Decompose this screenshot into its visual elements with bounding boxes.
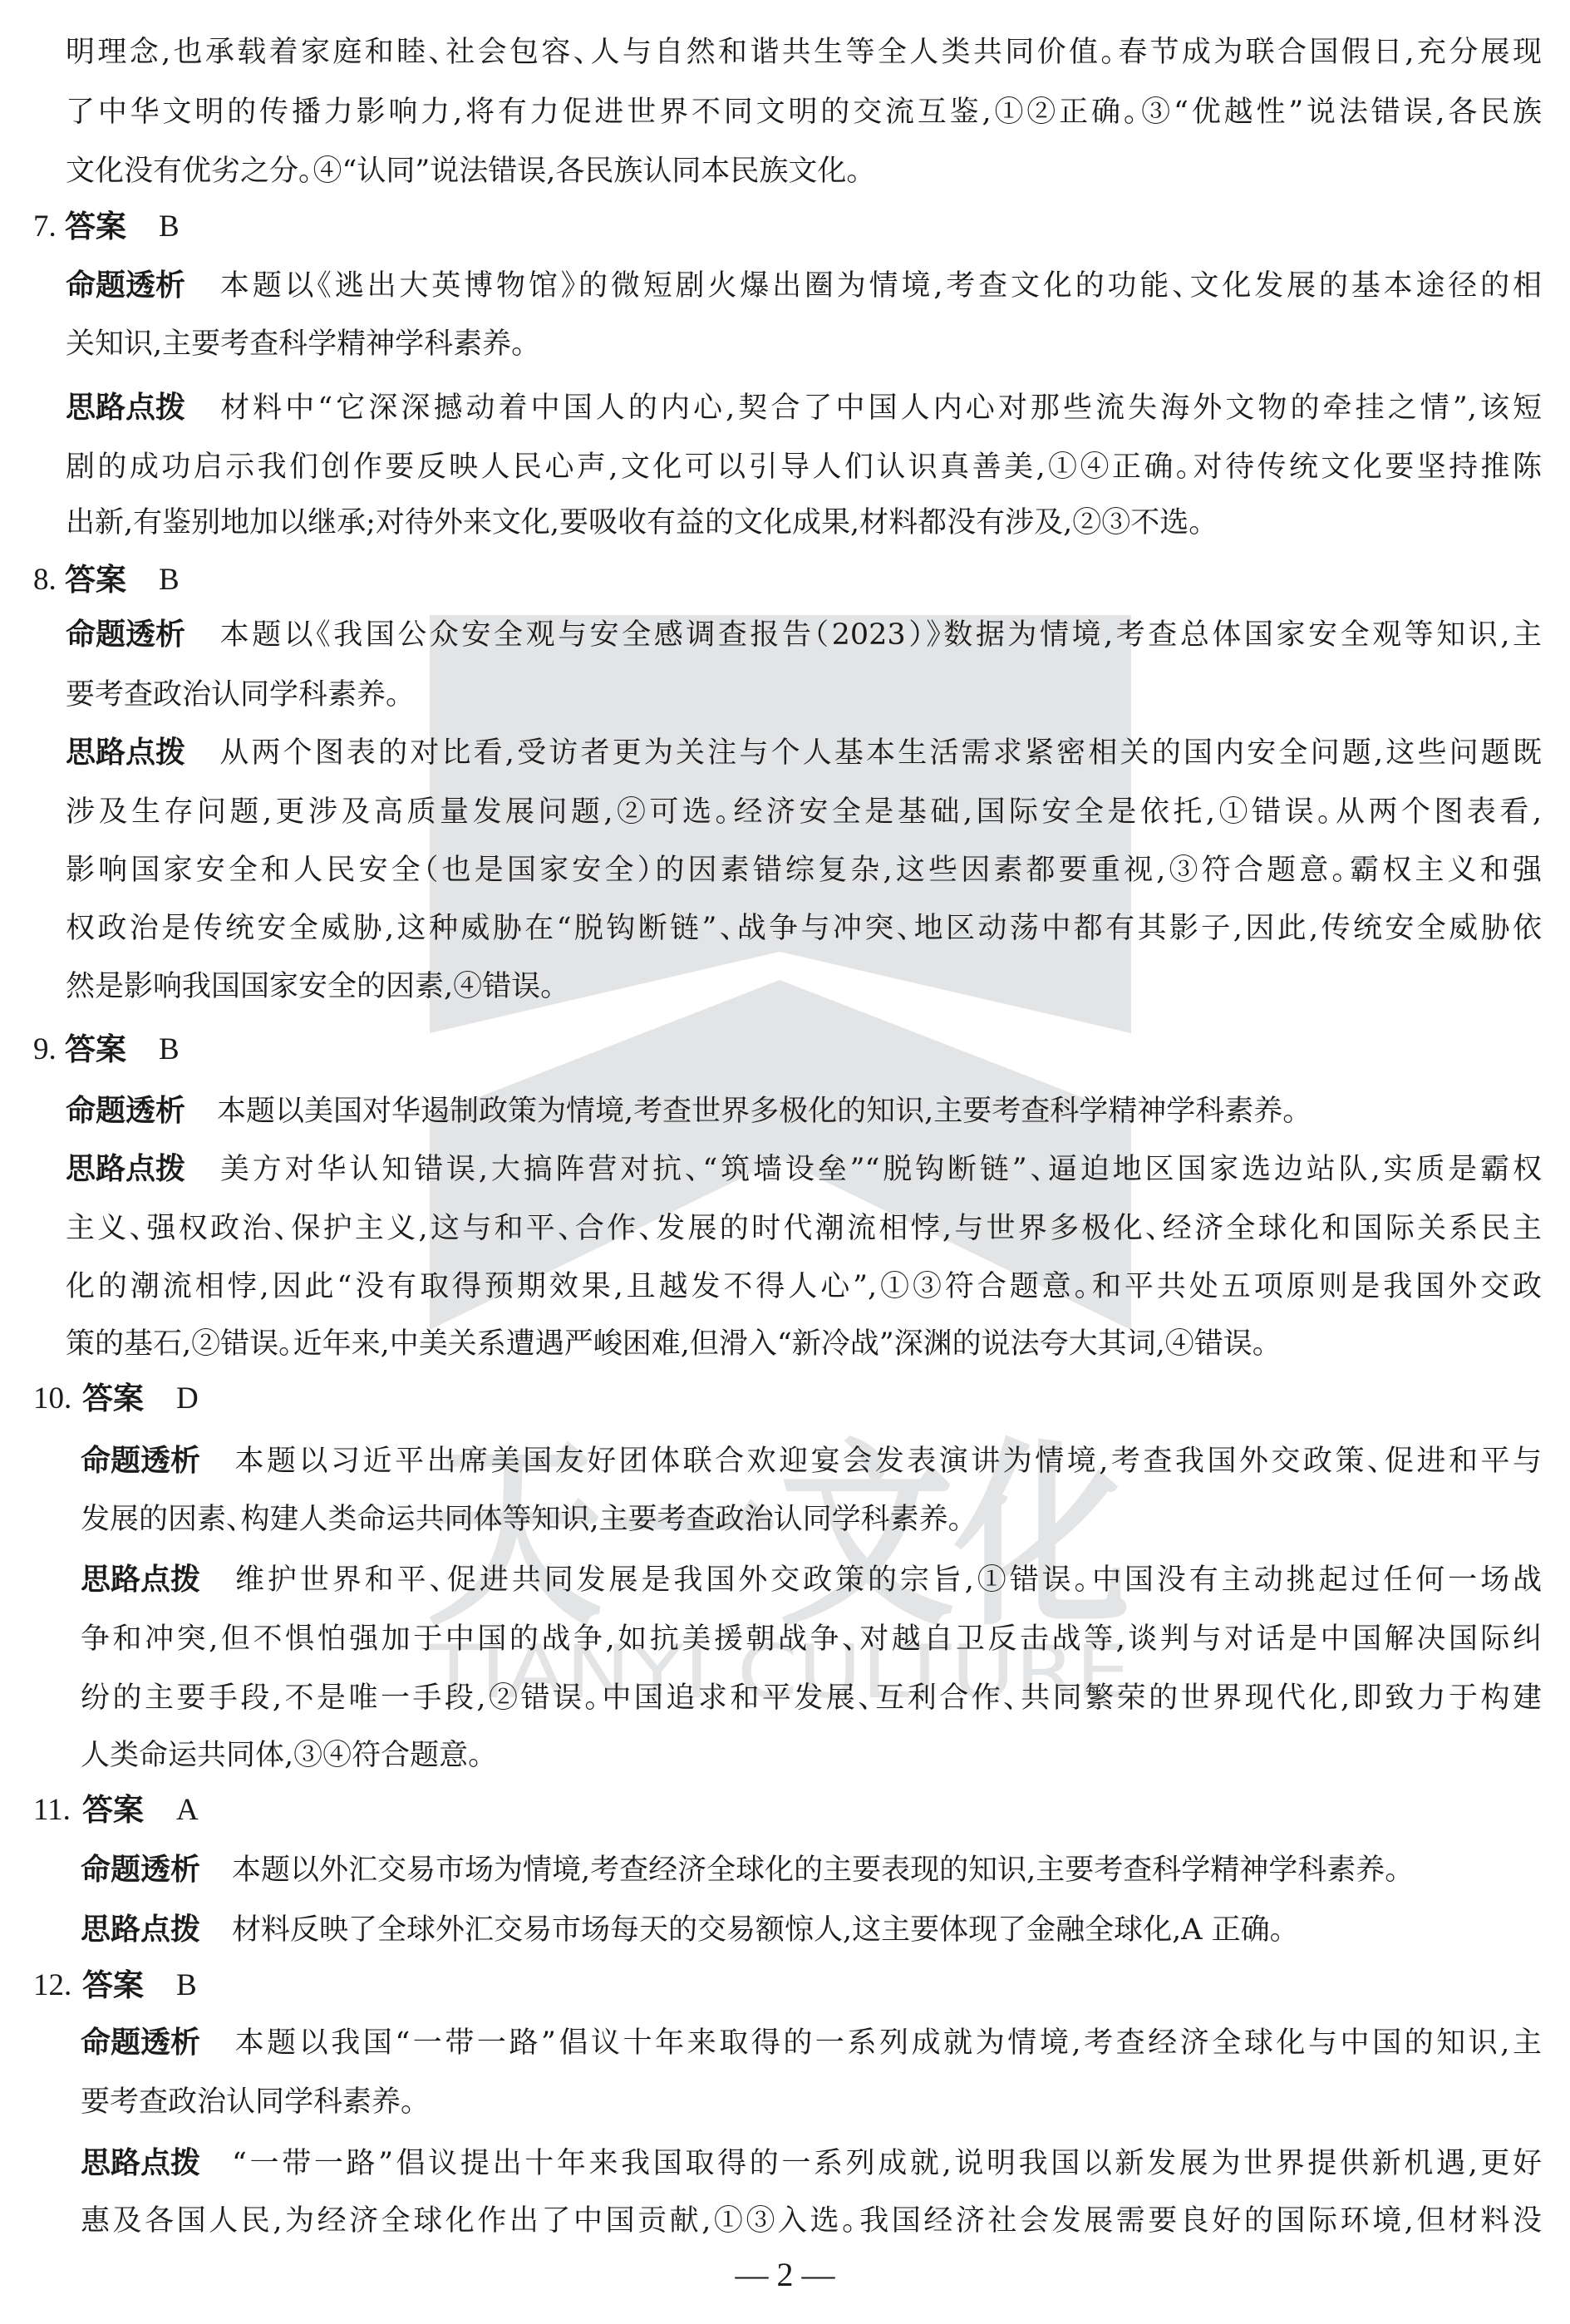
answer-value: B bbox=[159, 198, 180, 256]
analysis-text: 本题以《逃出大英博物馆》的微短剧火爆出圈为情境,考查文化的功能、文化发展的基本途… bbox=[217, 269, 1542, 303]
hint-line: 出新,有鉴别地加以继承;对待外来文化,要吸收有益的文化成果,材料都没有涉及,②③… bbox=[66, 494, 1542, 552]
analysis-label: 命题透析 bbox=[81, 2014, 200, 2072]
question-number: 7. bbox=[33, 198, 57, 256]
answer-label: 答案 bbox=[82, 1957, 144, 2015]
answer-label: 答案 bbox=[65, 1021, 126, 1079]
hint-text: 维护世界和平、促进共同发展是我国外交政策的宗旨,①错误。中国没有主动挑起过任何一… bbox=[232, 1563, 1542, 1597]
continuation-line: 了中华文明的传播力影响力,将有力促进世界不同文明的交流互鉴,①②正确。③“优越性… bbox=[66, 83, 1542, 141]
answer-label: 答案 bbox=[82, 1781, 144, 1839]
analysis-line: 关知识,主要考查科学精神学科素养。 bbox=[66, 315, 1542, 373]
document-page: 天一文化 TIANYI CULTURE 明理念,也承载着家庭和睦、社会包容、人与… bbox=[0, 0, 1570, 2324]
analysis-label: 命题透析 bbox=[66, 257, 185, 315]
answer-row: 12. 答案 B bbox=[0, 1957, 499, 2015]
hint-line: 涉及生存问题,更涉及高质量发展问题,②可选。经济安全是基础,国际安全是依托,①错… bbox=[66, 783, 1542, 841]
hint-line: 惠及各国人民,为经济全球化作出了中国贡献,①③入选。我国经济社会发展需要良好的国… bbox=[81, 2192, 1542, 2250]
analysis-text: 本题以习近平出席美国友好团体联合欢迎宴会发表演讲为情境,考查我国外交政策、促进和… bbox=[232, 1445, 1542, 1478]
analysis-label: 命题透析 bbox=[81, 1432, 200, 1490]
analysis-line: 命题透析本题以《逃出大英博物馆》的微短剧火爆出圈为情境,考查文化的功能、文化发展… bbox=[66, 257, 1542, 315]
hint-text: 美方对华认知错误,大搞阵营对抗、“筑墙设垒”“脱钩断链”、逼迫地区国家选边站队,… bbox=[217, 1153, 1542, 1186]
answer-row: 11. 答案 A bbox=[0, 1781, 499, 1839]
question-number: 8. bbox=[33, 551, 57, 609]
hint-label: 思路点拨 bbox=[81, 1901, 200, 1959]
hint-line: 人类命运共同体,③④符合题意。 bbox=[81, 1726, 1542, 1785]
hint-text: “一带一路”倡议提出十年来我国取得的一系列成就,说明我国以新发展为世界提供新机遇… bbox=[232, 2147, 1542, 2180]
question-number: 12. bbox=[33, 1957, 71, 2015]
continuation-line: 文化没有优劣之分。④“认同”说法错误,各民族认同本民族文化。 bbox=[66, 142, 1542, 200]
answer-row: 7. 答案 B bbox=[0, 198, 499, 256]
continuation-line: 明理念,也承载着家庭和睦、社会包容、人与自然和谐共生等全人类共同价值。春节成为联… bbox=[66, 23, 1542, 81]
hint-line: 争和冲突,但不惧怕强加于中国的战争,如抗美援朝战争、对越自卫反击战等,谈判与对话… bbox=[81, 1610, 1542, 1668]
answer-row: 8. 答案 B bbox=[0, 551, 499, 609]
analysis-line: 命题透析本题以美国对华遏制政策为情境,考查世界多极化的知识,主要考查科学精神学科… bbox=[66, 1082, 1542, 1140]
hint-line: 剧的成功启示我们创作要反映人民心声,文化可以引导人们认识真善美,①④正确。对待传… bbox=[66, 438, 1542, 496]
hint-line: 思路点拨“一带一路”倡议提出十年来我国取得的一系列成就,说明我国以新发展为世界提… bbox=[81, 2134, 1542, 2193]
analysis-line: 命题透析本题以习近平出席美国友好团体联合欢迎宴会发表演讲为情境,考查我国外交政策… bbox=[81, 1432, 1542, 1490]
answer-value: D bbox=[176, 1370, 199, 1428]
analysis-text: 本题以《我国公众安全观与安全感调查报告（2023）》数据为情境,考查总体国家安全… bbox=[217, 618, 1542, 652]
hint-text: 材料中“它深深撼动着中国人的内心,契合了中国人内心对那些流失海外文物的牵挂之情”… bbox=[217, 391, 1542, 425]
answer-value: A bbox=[176, 1781, 199, 1839]
answer-value: B bbox=[159, 551, 180, 609]
hint-line: 思路点拨维护世界和平、促进共同发展是我国外交政策的宗旨,①错误。中国没有主动挑起… bbox=[81, 1551, 1542, 1609]
hint-line: 策的基石,②错误。近年来,中美关系遭遇严峻困难,但滑入“新冷战”深渊的说法夸大其… bbox=[66, 1315, 1542, 1373]
hint-text: 从两个图表的对比看,受访者更为关注与个人基本生活需求紧密相关的国内安全问题,这些… bbox=[217, 736, 1542, 770]
hint-text: 材料反映了全球外汇交易市场每天的交易额惊人,这主要体现了金融全球化,A 正确。 bbox=[232, 1913, 1284, 1947]
answer-label: 答案 bbox=[65, 198, 126, 256]
hint-label: 思路点拨 bbox=[81, 1551, 200, 1609]
hint-line: 权政治是传统安全威胁,这种威胁在“脱钩断链”、战争与冲突、地区动荡中都有其影子,… bbox=[66, 899, 1542, 958]
hint-line: 然是影响我国国家安全的因素,④错误。 bbox=[66, 958, 1542, 1016]
hint-line: 思路点拨材料反映了全球外汇交易市场每天的交易额惊人,这主要体现了金融全球化,A … bbox=[81, 1901, 1542, 1959]
answer-row: 10. 答案 D bbox=[0, 1370, 499, 1428]
hint-line: 思路点拨美方对华认知错误,大搞阵营对抗、“筑墙设垒”“脱钩断链”、逼迫地区国家选… bbox=[66, 1140, 1542, 1199]
analysis-label: 命题透析 bbox=[66, 1082, 185, 1140]
analysis-line: 要考查政治认同学科素养。 bbox=[81, 2073, 1542, 2131]
analysis-label: 命题透析 bbox=[81, 1841, 200, 1899]
analysis-line: 命题透析本题以《我国公众安全观与安全感调查报告（2023）》数据为情境,考查总体… bbox=[66, 606, 1542, 664]
hint-line: 纷的主要手段,不是唯一手段,②错误。中国追求和平发展、互利合作、共同繁荣的世界现… bbox=[81, 1669, 1542, 1727]
analysis-line: 命题透析本题以外汇交易市场为情境,考查经济全球化的主要表现的知识,主要考查科学精… bbox=[81, 1841, 1542, 1899]
hint-label: 思路点拨 bbox=[66, 724, 185, 782]
hint-line: 影响国家安全和人民安全（也是国家安全）的因素错综复杂,这些因素都要重视,③符合题… bbox=[66, 841, 1542, 899]
answer-label: 答案 bbox=[65, 551, 126, 609]
analysis-line: 要考查政治认同学科素养。 bbox=[66, 666, 1542, 724]
analysis-line: 发展的因素、构建人类命运共同体等知识,主要考查政治认同学科素养。 bbox=[81, 1490, 1542, 1549]
hint-line: 化的潮流相悖,因此“没有取得预期效果,且越发不得人心”,①③符合题意。和平共处五… bbox=[66, 1258, 1542, 1316]
analysis-text: 本题以外汇交易市场为情境,考查经济全球化的主要表现的知识,主要考查科学精神学科素… bbox=[232, 1854, 1400, 1887]
answer-value: B bbox=[176, 1957, 197, 2015]
question-number: 9. bbox=[33, 1021, 57, 1079]
hint-label: 思路点拨 bbox=[66, 1140, 185, 1199]
analysis-text: 本题以美国对华遏制政策为情境,考查世界多极化的知识,主要考查科学精神学科素养。 bbox=[217, 1095, 1297, 1128]
answer-row: 9. 答案 B bbox=[0, 1021, 499, 1079]
hint-line: 思路点拨从两个图表的对比看,受访者更为关注与个人基本生活需求紧密相关的国内安全问… bbox=[66, 724, 1542, 782]
hint-label: 思路点拨 bbox=[66, 379, 185, 437]
analysis-text: 本题以我国“一带一路”倡议十年来取得的一系列成就为情境,考查经济全球化与中国的知… bbox=[232, 2026, 1542, 2060]
page-number: — 2 — bbox=[0, 2246, 1570, 2304]
analysis-label: 命题透析 bbox=[66, 606, 185, 664]
answer-label: 答案 bbox=[82, 1370, 144, 1428]
answer-value: B bbox=[159, 1021, 180, 1079]
hint-line: 思路点拨材料中“它深深撼动着中国人的内心,契合了中国人内心对那些流失海外文物的牵… bbox=[66, 379, 1542, 437]
hint-line: 主义、强权政治、保护主义,这与和平、合作、发展的时代潮流相悖,与世界多极化、经济… bbox=[66, 1199, 1542, 1258]
hint-label: 思路点拨 bbox=[81, 2134, 200, 2193]
question-number: 11. bbox=[33, 1781, 71, 1839]
analysis-line: 命题透析本题以我国“一带一路”倡议十年来取得的一系列成就为情境,考查经济全球化与… bbox=[81, 2014, 1542, 2072]
question-number: 10. bbox=[33, 1370, 71, 1428]
